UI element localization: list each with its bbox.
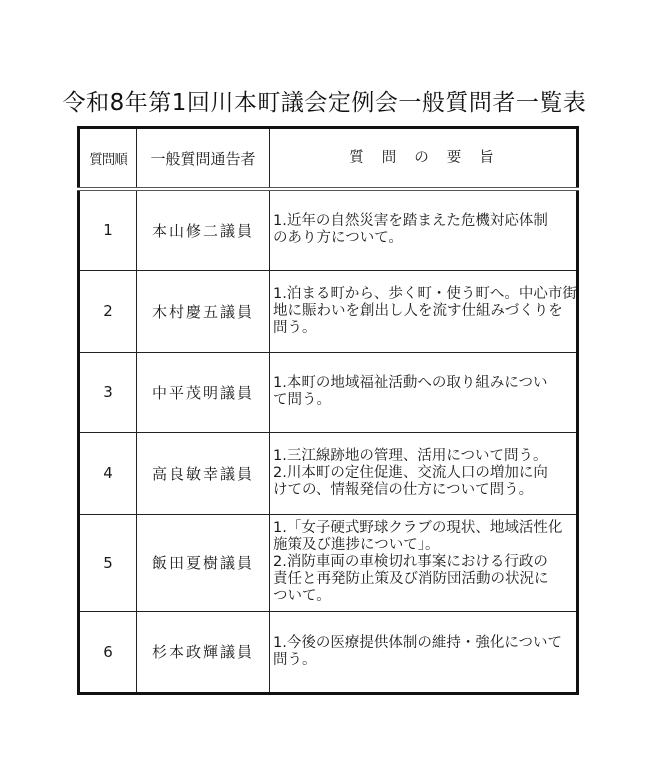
question-summary: 1.三江線跡地の管理、活用について問う。2.川本町の定住促進、交流人口の増加に向…	[270, 432, 578, 514]
question-order: 5	[79, 514, 137, 611]
summary-line: 問う。	[273, 652, 573, 669]
summary-line: 地に賑わいを創出し人を流す仕組みづくりを	[273, 303, 573, 320]
header-summary: 質問の要旨	[270, 128, 578, 190]
summary-line: 施策及び進捗について」。	[273, 537, 573, 554]
question-summary: 1.近年の自然災害を踏まえた危機対応体制のあり方について。	[270, 189, 578, 270]
question-summary: 1.泊まる町から、歩く町・使う町へ。中心市街地に賑わいを創出し人を流す仕組みづく…	[270, 270, 578, 352]
questioner-name: 高良敏幸議員	[137, 432, 270, 514]
summary-line: 1.泊まる町から、歩く町・使う町へ。中心市街	[273, 286, 573, 303]
header-questioner: 一般質問通告者	[137, 128, 270, 190]
questioner-name: 飯田夏樹議員	[137, 514, 270, 611]
summary-line: 2.川本町の定住促進、交流人口の増加に向	[273, 465, 573, 482]
questioner-name: 中平茂明議員	[137, 352, 270, 432]
summary-line: 1.今後の医療提供体制の維持・強化について	[273, 635, 573, 652]
summary-line: 1.三江線跡地の管理、活用について問う。	[273, 448, 573, 465]
question-order: 6	[79, 611, 137, 693]
question-summary: 1.「女子硬式野球クラブの現状、地域活性化施策及び進捗について」。2.消防車両の…	[270, 514, 578, 611]
summary-line: 2.消防車両の車検切れ事案における行政の	[273, 554, 573, 571]
question-summary: 1.今後の医療提供体制の維持・強化について問う。	[270, 611, 578, 693]
question-order: 1	[79, 189, 137, 270]
summary-line: のあり方について。	[273, 230, 573, 247]
question-order: 3	[79, 352, 137, 432]
question-summary: 1.本町の地域福祉活動への取り組みについて問う。	[270, 352, 578, 432]
table-row: 5飯田夏樹議員1.「女子硬式野球クラブの現状、地域活性化施策及び進捗について」。…	[79, 514, 578, 611]
summary-line: けての、情報発信の仕方について問う。	[273, 482, 573, 499]
questioner-name: 本山修二議員	[137, 189, 270, 270]
summary-line: 問う。	[273, 320, 573, 337]
summary-line: ついて。	[273, 588, 573, 605]
table-row: 3中平茂明議員1.本町の地域福祉活動への取り組みについて問う。	[79, 352, 578, 432]
questioner-name: 木村慶五議員	[137, 270, 270, 352]
table-row: 1本山修二議員1.近年の自然災害を踏まえた危機対応体制のあり方について。	[79, 189, 578, 270]
summary-line: 1.「女子硬式野球クラブの現状、地域活性化	[273, 520, 573, 537]
question-order: 4	[79, 432, 137, 514]
questioner-table: 質問順 一般質問通告者 質問の要旨 1本山修二議員1.近年の自然災害を踏まえた危…	[77, 126, 579, 695]
table-row: 2木村慶五議員1.泊まる町から、歩く町・使う町へ。中心市街地に賑わいを創出し人を…	[79, 270, 578, 352]
table-row: 6杉本政輝議員1.今後の医療提供体制の維持・強化について問う。	[79, 611, 578, 693]
document-title: 令和8年第1回川本町議会定例会一般質問者一覧表	[0, 84, 649, 117]
table-header-row: 質問順 一般質問通告者 質問の要旨	[79, 128, 578, 190]
table-row: 4高良敏幸議員1.三江線跡地の管理、活用について問う。2.川本町の定住促進、交流…	[79, 432, 578, 514]
summary-line: 責任と再発防止策及び消防団活動の状況に	[273, 571, 573, 588]
summary-line: て問う。	[273, 392, 573, 409]
questioner-name: 杉本政輝議員	[137, 611, 270, 693]
summary-line: 1.本町の地域福祉活動への取り組みについ	[273, 375, 573, 392]
question-order: 2	[79, 270, 137, 352]
header-order: 質問順	[79, 128, 137, 190]
summary-line: 1.近年の自然災害を踏まえた危機対応体制	[273, 213, 573, 230]
